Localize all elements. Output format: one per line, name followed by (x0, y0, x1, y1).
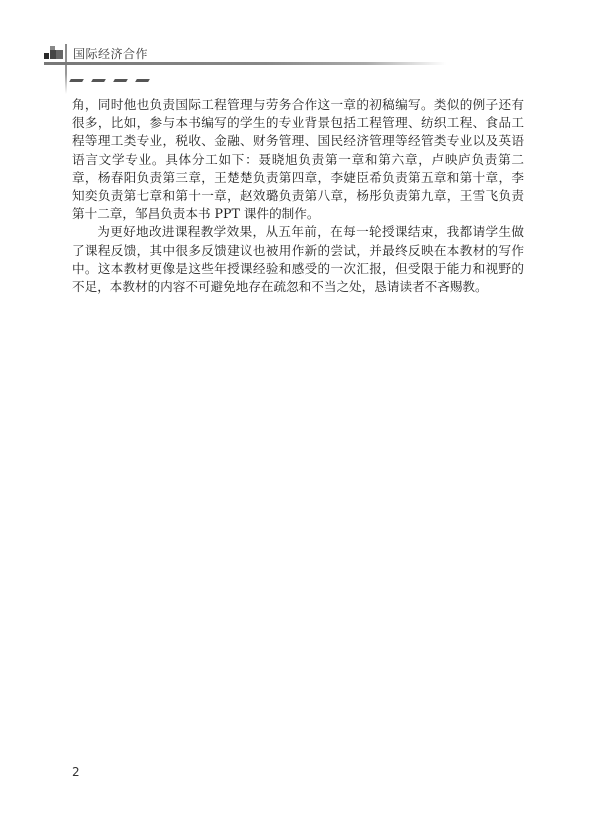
header-horizontal-rule (44, 62, 446, 65)
page-number: 2 (72, 765, 80, 779)
stacked-blocks-icon (44, 46, 64, 62)
header-dash-decoration (70, 67, 158, 86)
body-text: 角，同时他也负责国际工程管理与劳务合作这一章的初稿编写。类似的例子还有很多，比如… (72, 96, 524, 296)
book-title: 国际经济合作 (73, 45, 148, 62)
paragraph: 为更好地改进课程教学效果，从五年前，在每一轮授课结束，我都请学生做了课程反馈，其… (72, 223, 524, 296)
paragraph-continued: 角，同时他也负责国际工程管理与劳务合作这一章的初稿编写。类似的例子还有很多，比如… (72, 96, 524, 223)
page-header: 国际经济合作 (0, 0, 600, 100)
header-vertical-rule (65, 44, 67, 94)
